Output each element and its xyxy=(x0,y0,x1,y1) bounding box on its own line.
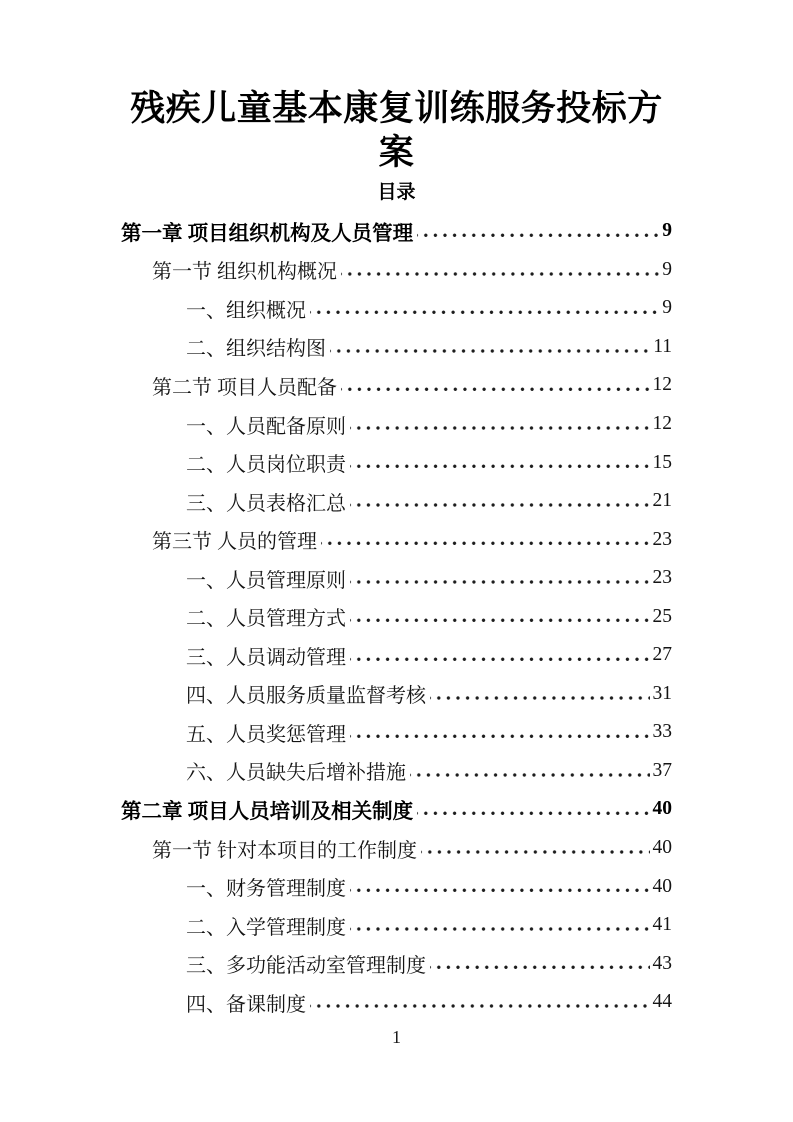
dot-leader xyxy=(350,559,650,598)
dot-leader xyxy=(350,597,650,636)
dot-leader xyxy=(310,289,659,328)
toc-entry-label: 三、人员表格汇总 xyxy=(186,487,346,516)
toc-entry-page: 12 xyxy=(653,374,673,396)
dot-leader xyxy=(430,944,650,983)
toc-entry-label: 一、财务管理制度 xyxy=(186,872,346,901)
toc-entry-label: 二、人员管理方式 xyxy=(186,602,346,631)
dot-leader xyxy=(430,675,650,714)
toc-entry-label: 二、入学管理制度 xyxy=(186,911,346,940)
toc-entry-label: 四、人员服务质量监督考核 xyxy=(186,679,426,708)
dot-leader xyxy=(321,520,650,559)
toc-entry-page: 27 xyxy=(653,644,673,666)
toc-entry-label: 一、组织概况 xyxy=(186,294,306,323)
table-of-contents: 第一章 项目组织机构及人员管理9第一节 组织机构概况9一、组织概况9二、组织结构… xyxy=(0,212,793,1021)
dot-leader xyxy=(310,983,650,1022)
toc-entry: 第一章 项目组织机构及人员管理9 xyxy=(121,212,672,251)
toc-entry: 一、财务管理制度40 xyxy=(121,867,672,906)
toc-entry-page: 9 xyxy=(662,297,672,319)
toc-entry-page: 9 xyxy=(662,220,672,242)
document-title: 残疾儿童基本康复训练服务投标方案 xyxy=(117,0,677,175)
toc-entry-label: 一、人员管理原则 xyxy=(186,564,346,593)
toc-entry-label: 五、人员奖惩管理 xyxy=(186,718,346,747)
toc-entry-label: 六、人员缺失后增补措施 xyxy=(186,756,406,785)
toc-entry-page: 31 xyxy=(653,683,673,705)
toc-entry: 二、入学管理制度41 xyxy=(121,906,672,945)
toc-entry-page: 41 xyxy=(653,914,673,936)
toc-entry: 二、人员岗位职责15 xyxy=(121,443,672,482)
toc-entry-page: 21 xyxy=(653,490,673,512)
toc-entry-label: 第二节 项目人员配备 xyxy=(152,371,337,400)
toc-entry-page: 40 xyxy=(653,876,673,898)
toc-entry: 一、人员配备原则12 xyxy=(121,405,672,444)
dot-leader xyxy=(341,366,650,405)
dot-leader xyxy=(350,713,650,752)
toc-entry: 三、人员表格汇总21 xyxy=(121,482,672,521)
toc-entry-page: 9 xyxy=(662,259,672,281)
dot-leader xyxy=(350,636,650,675)
toc-entry: 四、人员服务质量监督考核31 xyxy=(121,675,672,714)
dot-leader xyxy=(417,790,649,829)
document-page: 残疾儿童基本康复训练服务投标方案 目录 第一章 项目组织机构及人员管理9第一节 … xyxy=(0,0,793,1122)
dot-leader xyxy=(330,328,650,367)
toc-entry-page: 40 xyxy=(653,837,673,859)
dot-leader xyxy=(341,251,659,290)
toc-entry-page: 15 xyxy=(653,452,673,474)
toc-entry-page: 37 xyxy=(653,760,673,782)
toc-entry: 三、多功能活动室管理制度43 xyxy=(121,944,672,983)
toc-entry: 一、组织概况9 xyxy=(121,289,672,328)
toc-entry-page: 43 xyxy=(653,953,673,975)
toc-entry-page: 11 xyxy=(653,336,672,358)
toc-entry-label: 第二章 项目人员培训及相关制度 xyxy=(121,794,413,824)
toc-entry-page: 25 xyxy=(653,606,673,628)
toc-entry-label: 二、组织结构图 xyxy=(186,332,326,361)
toc-entry: 四、备课制度44 xyxy=(121,983,672,1022)
toc-entry: 五、人员奖惩管理33 xyxy=(121,713,672,752)
page-footer: 1 xyxy=(0,1024,793,1050)
toc-entry-label: 三、人员调动管理 xyxy=(186,641,346,670)
toc-entry-label: 二、人员岗位职责 xyxy=(186,448,346,477)
toc-entry-page: 12 xyxy=(653,413,673,435)
toc-entry-label: 第三节 人员的管理 xyxy=(152,525,317,554)
toc-heading: 目录 xyxy=(0,180,793,206)
toc-entry-page: 23 xyxy=(653,567,673,589)
dot-leader xyxy=(350,867,650,906)
dot-leader xyxy=(350,405,650,444)
toc-entry-label: 三、多功能活动室管理制度 xyxy=(186,949,426,978)
toc-entry-label: 第一节 组织机构概况 xyxy=(152,255,337,284)
dot-leader xyxy=(350,443,650,482)
toc-entry: 第一节 针对本项目的工作制度40 xyxy=(121,829,672,868)
toc-entry: 第二节 项目人员配备12 xyxy=(121,366,672,405)
dot-leader xyxy=(417,212,659,251)
toc-entry-page: 33 xyxy=(653,721,673,743)
dot-leader xyxy=(410,752,650,791)
toc-entry-label: 第一节 针对本项目的工作制度 xyxy=(152,834,417,863)
toc-entry: 二、人员管理方式25 xyxy=(121,597,672,636)
toc-entry: 第三节 人员的管理23 xyxy=(121,520,672,559)
dot-leader xyxy=(350,482,650,521)
page-number: 1 xyxy=(392,1027,401,1047)
toc-entry-label: 第一章 项目组织机构及人员管理 xyxy=(121,216,413,246)
toc-entry-page: 23 xyxy=(653,529,673,551)
toc-entry: 二、组织结构图11 xyxy=(121,328,672,367)
toc-entry: 一、人员管理原则23 xyxy=(121,559,672,598)
dot-leader xyxy=(421,829,650,868)
toc-entry: 三、人员调动管理27 xyxy=(121,636,672,675)
dot-leader xyxy=(350,906,650,945)
toc-entry-label: 一、人员配备原则 xyxy=(186,410,346,439)
toc-entry-page: 40 xyxy=(653,798,673,820)
toc-entry-page: 44 xyxy=(653,991,673,1013)
toc-entry: 第二章 项目人员培训及相关制度40 xyxy=(121,790,672,829)
toc-entry-label: 四、备课制度 xyxy=(186,988,306,1017)
toc-entry: 第一节 组织机构概况9 xyxy=(121,251,672,290)
toc-entry: 六、人员缺失后增补措施37 xyxy=(121,752,672,791)
